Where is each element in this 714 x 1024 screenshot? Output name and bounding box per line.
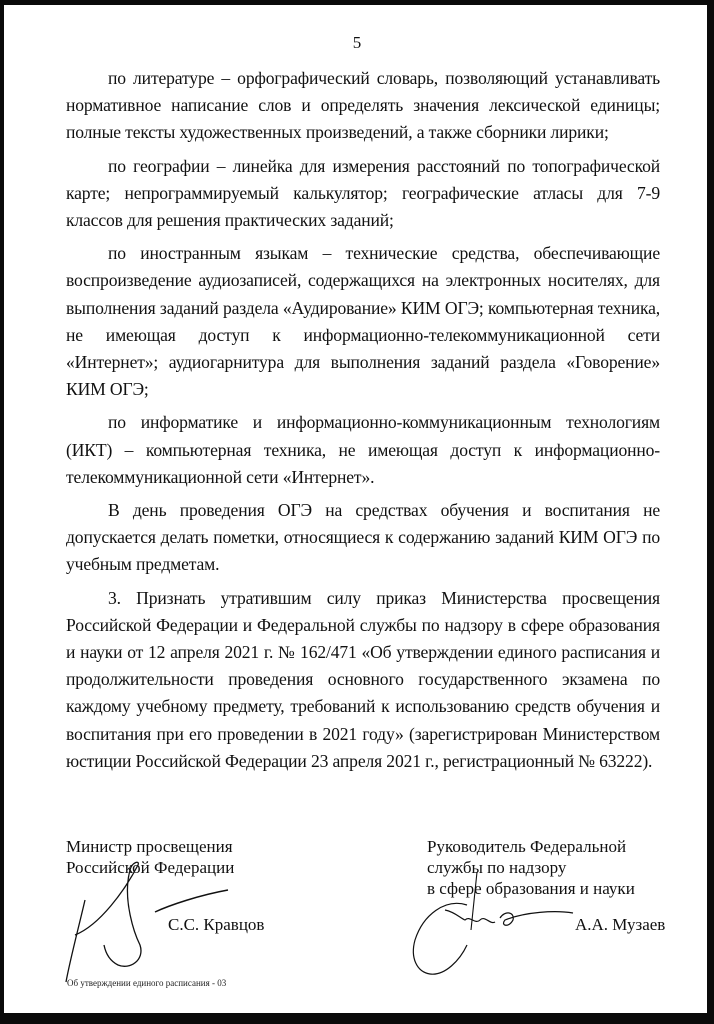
scan-border-bottom [0, 1013, 714, 1024]
handwritten-signature-muzaev [405, 870, 585, 980]
page-number: 5 [0, 33, 714, 53]
signatory-name-left: С.С. Кравцов [168, 915, 264, 935]
footer-document-note: Об утверждении единого расписания - 03 [67, 978, 226, 988]
scan-border-top [0, 0, 714, 5]
paragraph-exam-day-note: В день проведения ОГЭ на средствах обуче… [66, 497, 660, 579]
paragraph-literature: по литературе – орфографический словарь,… [66, 65, 660, 147]
document-body: по литературе – орфографический словарь,… [66, 65, 660, 775]
paragraph-item-3-repeal: 3. Признать утратившим силу приказ Минис… [66, 585, 660, 775]
paragraph-foreign-languages: по иностранным языкам – технические сред… [66, 240, 660, 403]
signatory-title-line: Руководитель Федеральной [427, 836, 635, 857]
signatory-name-right: А.А. Музаев [575, 915, 665, 935]
paragraph-informatics: по информатике и информационно-коммуника… [66, 409, 660, 491]
paragraph-geography: по географии – линейка для измерения рас… [66, 153, 660, 235]
scan-border-left [0, 0, 4, 1024]
scan-border-right [707, 0, 714, 1024]
